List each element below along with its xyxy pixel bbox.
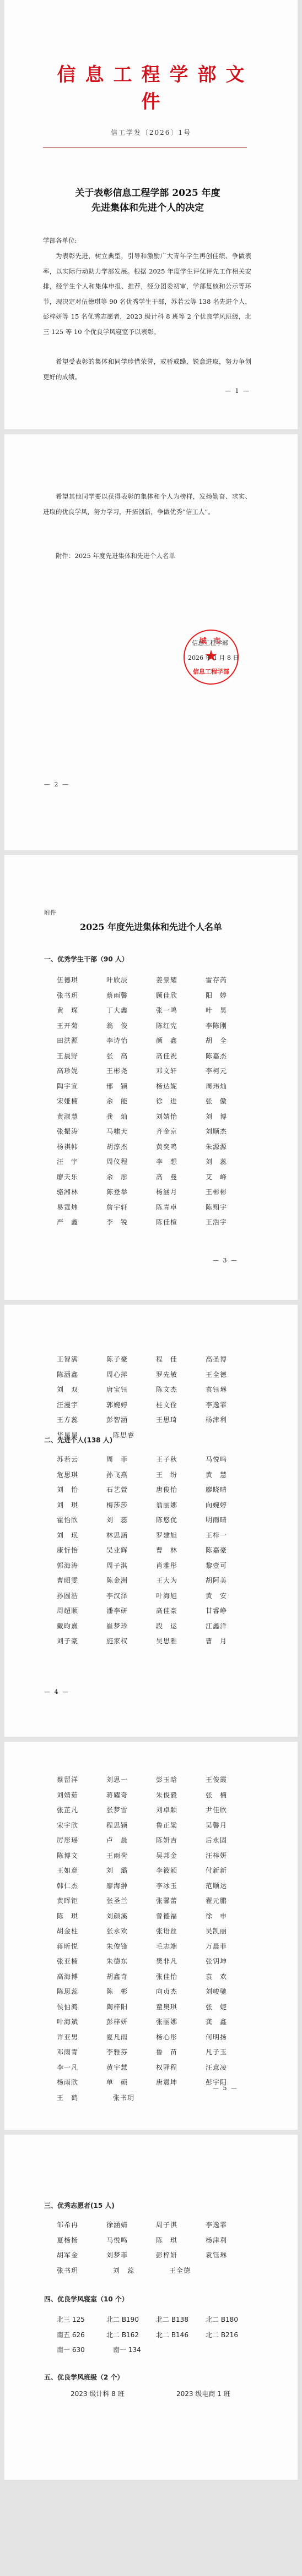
list-item: 危思琪 [57, 1470, 106, 1479]
list-item: 侯伯鸿 [57, 2002, 106, 2011]
list-item: 唐宝钰 [106, 1385, 156, 1394]
list-item: 北二 B190 [106, 2315, 156, 2324]
list-item: 戴昀熹 [57, 1621, 106, 1631]
list-item: 骆湘林 [57, 1187, 106, 1196]
list-item: 张馨蕾 [156, 1896, 206, 1905]
list-item: 丁大鑫 [106, 1005, 156, 1015]
list-item: 田洪源 [57, 1036, 106, 1045]
list-item: 杨雨欣 [57, 2077, 106, 2087]
list-item: 彭智涵 [106, 1415, 156, 1424]
list-item: 明雨晴 [206, 1515, 255, 1524]
list-item: 陈红宪 [156, 1021, 206, 1030]
grid-row: 韩仁杰廖海翀李冰玉范顺达 [57, 1878, 255, 1894]
body-paragraph-2: 希望受表彰的集体和同学珍惜荣誉，戒骄戒躁，锐意进取，努力争创更好的成绩。 [43, 354, 251, 385]
list-item: 王彬尧 [106, 1066, 156, 1075]
list-item: 王俊霞 [206, 1775, 255, 1784]
list-item: 施家权 [106, 1636, 156, 1645]
list-item: 林思涵 [106, 1530, 156, 1540]
header-divider [43, 147, 247, 148]
list-item: 南一 134 [113, 2345, 169, 2354]
list-item: 北二 B146 [156, 2330, 206, 2339]
list-item: 周玮灿 [206, 1081, 255, 1091]
list-item: 彭玉晗 [156, 1775, 206, 1784]
document-title-line-1: 关于表彰信息工程学部 2025 年度 [43, 186, 252, 201]
attachment-note: 附件：2025 年度先进集体和先进个人名单 [43, 549, 251, 564]
list-item: 陶宇宣 [57, 1081, 106, 1091]
list-item: 北二 B138 [156, 2315, 206, 2324]
list-item: 李逸霏 [206, 1400, 255, 1409]
list-item: 陈 彬 [106, 1987, 156, 1996]
list-item: 李汉泽 [106, 1591, 156, 1600]
list-item: 段 运 [156, 1621, 206, 1631]
list-item: 郭海涛 [57, 1561, 106, 1570]
page-gap [0, 850, 302, 855]
list-item: 陈博文 [57, 1851, 106, 1860]
section-title-volunteers: 三、优秀志愿者(15 人) [44, 2201, 115, 2210]
list-item: 颜 鑫 [156, 1036, 206, 1045]
grid-row: 易霆炜詹宇轩陈青卓陈翔宇 [57, 1200, 255, 1215]
list-item: 马啸天 [106, 1126, 156, 1136]
list-item: 曹昭雯 [57, 1576, 106, 1585]
page-gap [0, 2130, 302, 2135]
list-item: 甘睿峥 [206, 1606, 255, 1615]
list-item: 韩仁杰 [57, 1881, 106, 1890]
list-item: 陈翔宇 [206, 1202, 255, 1212]
grid-row: 蔡留洋刘思一彭玉晗王俊霞 [57, 1772, 255, 1787]
list-item: 张 婕 [206, 2002, 255, 2011]
list-item: 李冰玉 [156, 1881, 206, 1890]
list-item: 王子秋 [156, 1454, 206, 1464]
grid-row: 孙圆浩李汉泽叶海旭黄 安 [57, 1588, 255, 1604]
grid-row: 刘 琪梅莎莎翁丽娜向婉婷 [57, 1497, 255, 1513]
list-item: 王 鹤 [57, 2093, 113, 2102]
list-item: 雷存芮 [206, 975, 255, 985]
annex-label: 附件 [44, 908, 56, 917]
list-item: 陈嘉豪 [206, 1545, 255, 1555]
list-item: 高珍妮 [57, 1066, 106, 1075]
list-item: 吴业辉 [106, 1545, 156, 1555]
list-item: 陈文杰 [156, 1385, 206, 1394]
name-grid-volunteers: 邹希冉徐涵婧周子淇李逸霏夏杨杨马悦鸣陈 琪杨津利胡军金刘梦菲彭梓妍袁钰琳张书玥刘… [57, 2217, 255, 2278]
list-item: 曹 月 [206, 1636, 255, 1645]
list-item: 刘思一 [106, 1775, 156, 1784]
list-item: 黄 安 [206, 1591, 255, 1600]
grid-row: 周超顺潘李研高佳豪甘睿峥 [57, 1603, 255, 1618]
list-item: 北二 B216 [206, 2330, 255, 2339]
list-item: 北二 B162 [106, 2330, 156, 2339]
list-item: 李筱颖 [156, 1866, 206, 1875]
list-item: 陈金洲 [106, 1576, 156, 1585]
grid-row: 骆湘林陈登举杨涵月王彬彬 [57, 1184, 255, 1200]
grid-row: 许亚男夏凡雨杨心彤何明扬 [57, 2030, 255, 2045]
list-item: 翁丽娜 [156, 1500, 206, 1509]
list-item: 刘婧茹 [57, 1790, 106, 1800]
list-item: 崔梦珍 [106, 1621, 156, 1631]
grid-row: 胡金柱张永欢张语丝吴凯丽 [57, 1923, 255, 1939]
list-item: 周心萍 [106, 1370, 156, 1379]
list-item: 陈嘉杰 [206, 1051, 255, 1060]
list-item: 王晨野 [57, 1051, 106, 1060]
list-item: 翟元鹏 [206, 1896, 255, 1905]
list-item: 黄奕鸣 [156, 1142, 206, 1151]
document-title-line-2: 先进集体和先进个人的决定 [43, 201, 252, 216]
list-item: 李诗怡 [106, 1036, 156, 1045]
list-item: 尹佳欣 [206, 1805, 255, 1814]
grid-row: 北三 125北二 B190北二 B138北二 B180 [57, 2312, 255, 2327]
page-1: 信息工程学部文件 信工学发〔2026〕1号 关于表彰信息工程学部 2025 年度… [4, 0, 298, 429]
list-item: 高佳祝 [156, 1051, 206, 1060]
list-item: 卢 晨 [106, 1835, 156, 1845]
list-item: 刘卓颖 [156, 1805, 206, 1814]
grid-row: 陶宇宣邢 颖杨达妮周玮灿 [57, 1079, 255, 1094]
list-item: 廖海翀 [106, 1881, 156, 1890]
list-item: 徐 进 [156, 1096, 206, 1106]
list-item: 张书玥 [57, 2266, 113, 2275]
list-item: 邹希冉 [57, 2220, 106, 2229]
list-item: 黄淑慧 [57, 1112, 106, 1121]
grid-row: 苏若云周 菲王子秋马悦鸣 [57, 1452, 255, 1467]
list-item: 刘 怡 [57, 1485, 106, 1494]
list-item: 吴邦金 [156, 1851, 206, 1860]
grid-row: 王开菊翁 俊陈红宪李陈刚 [57, 1018, 255, 1033]
grid-row: 宋娅楠余 能徐 进张 傲 [57, 1093, 255, 1109]
list-item: 徐涵婧 [106, 2220, 156, 2229]
list-item: 蒋昕悦 [57, 1941, 106, 1951]
grid-row: 黄晖钜张圣兰张馨蕾翟元鹏 [57, 1893, 255, 1908]
grid-row: 张书玥刘 蕊王全德 [57, 2263, 255, 2278]
list-item: 陈 琪 [156, 2235, 206, 2245]
list-item: 严 鑫 [57, 1217, 106, 1227]
list-item: 马悦鸣 [206, 1454, 255, 1464]
grid-row: 陈 琪刘颜溪曾德福徐 申 [57, 1908, 255, 1924]
list-item: 童奥琪 [156, 2002, 206, 2011]
grid-row: 夏杨杨马悦鸣陈 琪杨津利 [57, 2233, 255, 2248]
list-item: 鲁 苗 [156, 2047, 206, 2057]
list-item: 刘 双 [57, 1385, 106, 1394]
list-item: 陶梓阳 [106, 2002, 156, 2011]
list-item: 陈佳楦 [156, 1217, 206, 1227]
list-item: 廖晓晴 [206, 1485, 255, 1494]
list-item: 江鑫洋 [206, 1621, 255, 1631]
document-title: 关于表彰信息工程学部 2025 年度 先进集体和先进个人的决定 [43, 186, 252, 216]
list-item: 刘峻驰 [206, 1987, 255, 1996]
grid-row: 陈涵鑫周心萍罗先敏王全德 [57, 1367, 255, 1382]
list-item: 周 菲 [106, 1454, 156, 1464]
list-item: 南一 630 [57, 2345, 113, 2354]
section-title-classes: 五、优良学风班级（2 个） [44, 2372, 124, 2382]
page-2: 希望其他同学要以获得表彰的集体和个人为榜样，发扬勤奋、求实、进取的优良学风，努力… [4, 434, 298, 850]
list-item: 万晨菲 [206, 1941, 255, 1951]
list-item: 程思颖 [106, 1820, 156, 1830]
list-item: 叶 昊 [206, 1005, 255, 1015]
list-item: 胡阿美 [206, 1576, 255, 1585]
grid-row: 厉彤瑶卢 晨陈妍吉后永固 [57, 1833, 255, 1848]
list-item: 翁 俊 [106, 1021, 156, 1030]
list-item: 陈子豪 [106, 1354, 156, 1364]
grid-row: 刘 珉林思涵罗建旭王梓一 [57, 1528, 255, 1543]
page-gap [0, 1737, 302, 1742]
section-title-cadres: 一、优秀学生干部（90 人） [44, 954, 128, 964]
list-item: 马悦鸣 [106, 2235, 156, 2245]
grid-row: 伍德琪叶欣辰姜景耀雷存芮 [57, 972, 255, 988]
grid-row: 刘子豪施家权吴思雅曹 月 [57, 1633, 255, 1649]
list-item: 袁钰琳 [206, 1385, 255, 1394]
grid-row: 王 鹤张书玥 [57, 2090, 255, 2105]
list-item: 刘 璐 [106, 1866, 156, 1875]
list-item: 鲁正粱 [156, 1820, 206, 1830]
grid-row: 叶海斌彭梓妍张丽娜龚 鑫 [57, 2014, 255, 2030]
page-number: — 2 — [44, 781, 69, 788]
list-item: 杨涵月 [156, 1187, 206, 1196]
list-item: 张 傲 [206, 1096, 255, 1106]
list-item: 姜景耀 [156, 975, 206, 985]
list-item: 南五 626 [57, 2330, 106, 2339]
list-item: 高海博 [57, 1972, 106, 1981]
list-item: 潘李研 [106, 1606, 156, 1615]
list-item: 张 高 [106, 1051, 156, 1060]
list-item: 李一凡 [57, 2063, 106, 2072]
list-item: 北二 B180 [206, 2315, 255, 2324]
list-item: 汪 宇 [57, 1157, 106, 1166]
list-item: 顾佳欣 [156, 991, 206, 1000]
document-header-title: 信息工程学部文件 [47, 59, 263, 113]
list-item: 胡军金 [57, 2250, 106, 2260]
annex-title: 2025 年度先进集体和先进个人名单 [4, 920, 298, 933]
grid-row: 郭海涛周子淇肖雅彤黎壹可 [57, 1558, 255, 1573]
list-item: 杨祺帏 [57, 1142, 106, 1151]
list-item: 张书玥 [113, 2093, 169, 2102]
list-item: 陈思睿 [113, 1430, 169, 1440]
body-paragraph-3: 希望其他同学要以获得表彰的集体和个人为榜样，发扬勤奋、求实、进取的优良学风，努力… [43, 489, 251, 519]
list-item: 王雨荷 [106, 1851, 156, 1860]
list-item: 张圣兰 [106, 1896, 156, 1905]
grid-row: 黄淑慧龚 灿刘婧怡刘 博 [57, 1109, 255, 1124]
list-item: 北三 125 [57, 2315, 106, 2324]
grid-row: 王晨野张 高高佳祝陈嘉杰 [57, 1048, 255, 1064]
list-item: 曹 林 [156, 1545, 206, 1555]
list-item: 杨津利 [206, 1415, 255, 1424]
list-item: 艾 峰 [206, 1172, 255, 1182]
list-item: 徐 申 [206, 1911, 255, 1921]
grid-row: 刘 双唐宝钰陈文杰袁钰琳 [57, 1382, 255, 1397]
list-item: 胡鑫奇 [106, 1972, 156, 1981]
list-item: 杨达妮 [156, 1081, 206, 1091]
grid-row: 南五 626北二 B162北二 B146北二 B216 [57, 2327, 255, 2343]
list-item: 陈思蕊 [57, 1987, 106, 1996]
list-item: 张丽娜 [156, 2017, 206, 2026]
list-item: 曾德福 [156, 1911, 206, 1921]
list-item: 蔡留洋 [57, 1775, 106, 1784]
list-item: 唐俊怡 [156, 1485, 206, 1494]
list-item: 王智满 [57, 1354, 106, 1364]
list-item: 黄 琛 [57, 1005, 106, 1015]
name-grid-advanced-part2: 蔡留洋刘思一彭玉晗王俊霞刘婧茹蒋耀奇朱俊毅张 楠张芷凡张梦雪刘卓颖尹佳欣宋宇欣程… [57, 1772, 255, 2105]
grid-row: 高海博胡鑫奇张佳怡袁 欢 [57, 1969, 255, 1984]
list-item: 毛志端 [156, 1941, 206, 1951]
list-item: 许亚男 [57, 2032, 106, 2042]
list-item: 齐金京 [156, 1126, 206, 1136]
list-item: 吴凯丽 [206, 1926, 255, 1935]
list-item: 厉彤瑶 [57, 1835, 106, 1845]
list-item: 阳 婷 [206, 991, 255, 1000]
grid-row: 张书玥蔡雨馨顾佳欣阳 婷 [57, 988, 255, 1003]
list-item: 刘 蕊 [206, 1157, 255, 1166]
list-item: 肖雅彤 [156, 1561, 206, 1570]
list-item: 邓雨青 [57, 2047, 106, 2057]
list-item: 叶欣辰 [106, 975, 156, 985]
list-item: 张亚楠 [57, 1956, 106, 1966]
list-item: 高佳豪 [156, 1606, 206, 1615]
list-item: 王思琦 [156, 1415, 206, 1424]
list-item: 刘 蕊 [113, 2266, 169, 2275]
list-item: 朱俊毅 [156, 1790, 206, 1800]
list-item: 何明扬 [206, 2032, 255, 2042]
list-item: 刘婧怡 [156, 1112, 206, 1121]
list-item: 伍德琪 [57, 975, 106, 985]
list-item: 吴思雅 [156, 1636, 206, 1645]
list-item: 王全德 [206, 1370, 255, 1379]
list-item: 张 楠 [206, 1790, 255, 1800]
list-item: 刘梦菲 [106, 2250, 156, 2260]
list-item: 凡子玉 [206, 2047, 255, 2057]
list-item: 胡金柱 [57, 1926, 106, 1935]
list-item: 袁 欢 [206, 1972, 255, 1981]
list-item: 张梦雪 [106, 1805, 156, 1814]
list-item: 康忻怡 [57, 1545, 106, 1555]
list-item: 刘 珉 [57, 1530, 106, 1540]
list-item: 陈青卓 [156, 1202, 206, 1212]
grid-row: 霍怡欣刘 蕊陈悠优明雨晴 [57, 1512, 255, 1528]
signature-organization: 信息工程学部 [192, 638, 228, 647]
list-item: 权驿程 [156, 2063, 206, 2072]
list-item: 夏杨杨 [57, 2235, 106, 2245]
grid-row: 陈博文王雨荷吴邦金汪梓妍 [57, 1848, 255, 1863]
list-item: 胡淳杰 [106, 1142, 156, 1151]
class-item: 2023 级计科 8 班 [71, 2389, 125, 2398]
list-item: 蒋耀奇 [106, 1790, 156, 1800]
list-item: 郭婉婷 [106, 1400, 156, 1409]
list-item: 苏若云 [57, 1454, 106, 1464]
list-item: 汪漫宇 [57, 1400, 106, 1409]
list-item: 刘 琪 [57, 1500, 106, 1509]
grid-row: 张亚楠朱德东樊非凡张钥坤 [57, 1954, 255, 1969]
list-item: 罗先敏 [156, 1370, 206, 1379]
list-item: 向婉婷 [206, 1500, 255, 1509]
list-item: 余 彤 [106, 1172, 156, 1182]
grid-row: 宋宇欣程思颖鲁正粱吴馨月 [57, 1818, 255, 1833]
list-item: 王全德 [169, 2266, 225, 2275]
list-item: 胡 全 [206, 1036, 255, 1045]
page-4: 王智满陈子豪程 佳高圣博陈涵鑫周心萍罗先敏王全德刘 双唐宝钰陈文杰袁钰琳汪漫宇郭… [4, 1305, 298, 1737]
grid-row: 陈思蕊陈 彬向贞杰刘峻驰 [57, 1984, 255, 1999]
grid-row: 邓雨青李雅芬鲁 苗凡子玉 [57, 2044, 255, 2060]
list-item: 王方蕊 [57, 1415, 106, 1424]
section-title-advanced: 二、先进个人(138 人) [44, 1435, 112, 1445]
grid-row: 汪漫宇郭婉婷桂文佺李逸霏 [57, 1397, 255, 1413]
list-item: 张芷凡 [57, 1805, 106, 1814]
list-item: 周子淇 [156, 2220, 206, 2229]
list-item: 陈妍吉 [156, 1835, 206, 1845]
list-item: 彭梓妍 [106, 2017, 156, 2026]
page-5: 蔡留洋刘思一彭玉晗王俊霞刘婧茹蒋耀奇朱俊毅张 楠张芷凡张梦雪刘卓颖尹佳欣宋宇欣程… [4, 1742, 298, 2130]
grid-row: 张芷凡张梦雪刘卓颖尹佳欣 [57, 1802, 255, 1818]
grid-row: 张振涛马啸天齐金京刘顺杰 [57, 1124, 255, 1139]
grid-row: 田洪源李诗怡颜 鑫胡 全 [57, 1033, 255, 1048]
name-grid-advanced-part1: 苏若云周 菲王子秋马悦鸣危思琪孙飞燕王 纷黄 慧刘 怡石艺萱唐俊怡廖晓晴刘 琪梅… [57, 1452, 255, 1649]
list-item: 黄 慧 [206, 1470, 255, 1479]
list-item: 高圣博 [206, 1354, 255, 1364]
name-grid-cadres-part1: 伍德琪叶欣辰姜景耀雷存芮张书玥蔡雨馨顾佳欣阳 婷黄 琛丁大鑫张一鸣叶 昊王开菊翁… [57, 972, 255, 1230]
list-item: 周子淇 [106, 1561, 156, 1570]
list-item: 刘 蕊 [106, 1515, 156, 1524]
list-item: 樊非凡 [156, 1956, 206, 1966]
list-item: 朱德东 [106, 1956, 156, 1966]
grid-row: 黄 琛丁大鑫张一鸣叶 昊 [57, 1003, 255, 1018]
page-6: 三、优秀志愿者(15 人) 邹希冉徐涵婧周子淇李逸霏夏杨杨马悦鸣陈 琪杨津利胡军… [4, 2135, 298, 2480]
list-item: 王开菊 [57, 1021, 106, 1030]
dorm-grid: 北三 125北二 B190北二 B138北二 B180南五 626北二 B162… [57, 2312, 255, 2358]
list-item: 霍怡欣 [57, 1515, 106, 1524]
list-item: 张一鸣 [156, 1005, 206, 1015]
list-item: 陈涵鑫 [57, 1370, 106, 1379]
body-paragraph-1: 为表彰先进，树立典型，引导和激励广大青年学生再创佳绩、争做表率，以实际行动助力学… [43, 249, 251, 340]
list-item: 王大为 [156, 1576, 206, 1585]
list-item: 石艺萱 [106, 1485, 156, 1494]
page-number: — 1 — [225, 387, 250, 395]
grid-row: 曹昭雯陈金洲王大为胡阿美 [57, 1573, 255, 1588]
list-item: 张振涛 [57, 1126, 106, 1136]
list-item: 黄宇慧 [106, 2063, 156, 2072]
list-item: 陈登举 [106, 1187, 156, 1196]
list-item: 张佳怡 [156, 1972, 206, 1981]
list-item: 付新新 [206, 1866, 255, 1875]
grid-row: 汪 宇周仪程李 想刘 蕊 [57, 1154, 255, 1169]
grid-row: 胡军金刘梦菲彭梓妍袁钰琳 [57, 2247, 255, 2263]
list-item: 李雅芬 [106, 2047, 156, 2057]
grid-row: 杨祺帏胡淳杰黄奕鸣朱源源 [57, 1139, 255, 1155]
grid-row: 危思琪孙飞燕王 纷黄 慧 [57, 1467, 255, 1483]
list-item: 张钥坤 [206, 1956, 255, 1966]
list-item: 孙圆浩 [57, 1591, 106, 1600]
list-item: 龚 灿 [106, 1112, 156, 1121]
list-item: 向贞杰 [156, 1987, 206, 1996]
list-item: 蔡雨馨 [106, 991, 156, 1000]
grid-row: 侯伯鸿陶梓阳童奥琪张 婕 [57, 1999, 255, 2015]
page-gap [0, 429, 302, 434]
class-item: 2023 级电商 1 班 [176, 2389, 230, 2398]
list-item: 王浩宇 [206, 1217, 255, 1227]
list-item: 邓文轩 [156, 1066, 206, 1075]
list-item: 高 曼 [156, 1172, 206, 1182]
list-item: 王梓一 [206, 1530, 255, 1540]
list-item: 黎壹可 [206, 1561, 255, 1570]
list-item: 汪梓妍 [206, 1851, 255, 1860]
list-item: 李 锐 [106, 1217, 156, 1227]
grid-row: 廖天乐余 彤高 曼艾 峰 [57, 1169, 255, 1185]
grid-row: 康忻怡吴业辉曹 林陈嘉豪 [57, 1543, 255, 1558]
list-item: 罗建旭 [156, 1530, 206, 1540]
list-item: 詹宇轩 [106, 1202, 156, 1212]
list-item: 陈 琪 [57, 1911, 106, 1921]
list-item: 范顺达 [206, 1881, 255, 1890]
page-gap [0, 1300, 302, 1305]
list-item: 朱俊锋 [106, 1941, 156, 1951]
list-item: 黄晖钜 [57, 1896, 106, 1905]
list-item: 叶海旭 [156, 1591, 206, 1600]
grid-row: 南一 630南一 134 [57, 2342, 255, 2358]
list-item: 单 硕 [106, 2077, 156, 2087]
page-3: 附件 2025 年度先进集体和先进个人名单 一、优秀学生干部（90 人） 伍德琪… [4, 855, 298, 1300]
